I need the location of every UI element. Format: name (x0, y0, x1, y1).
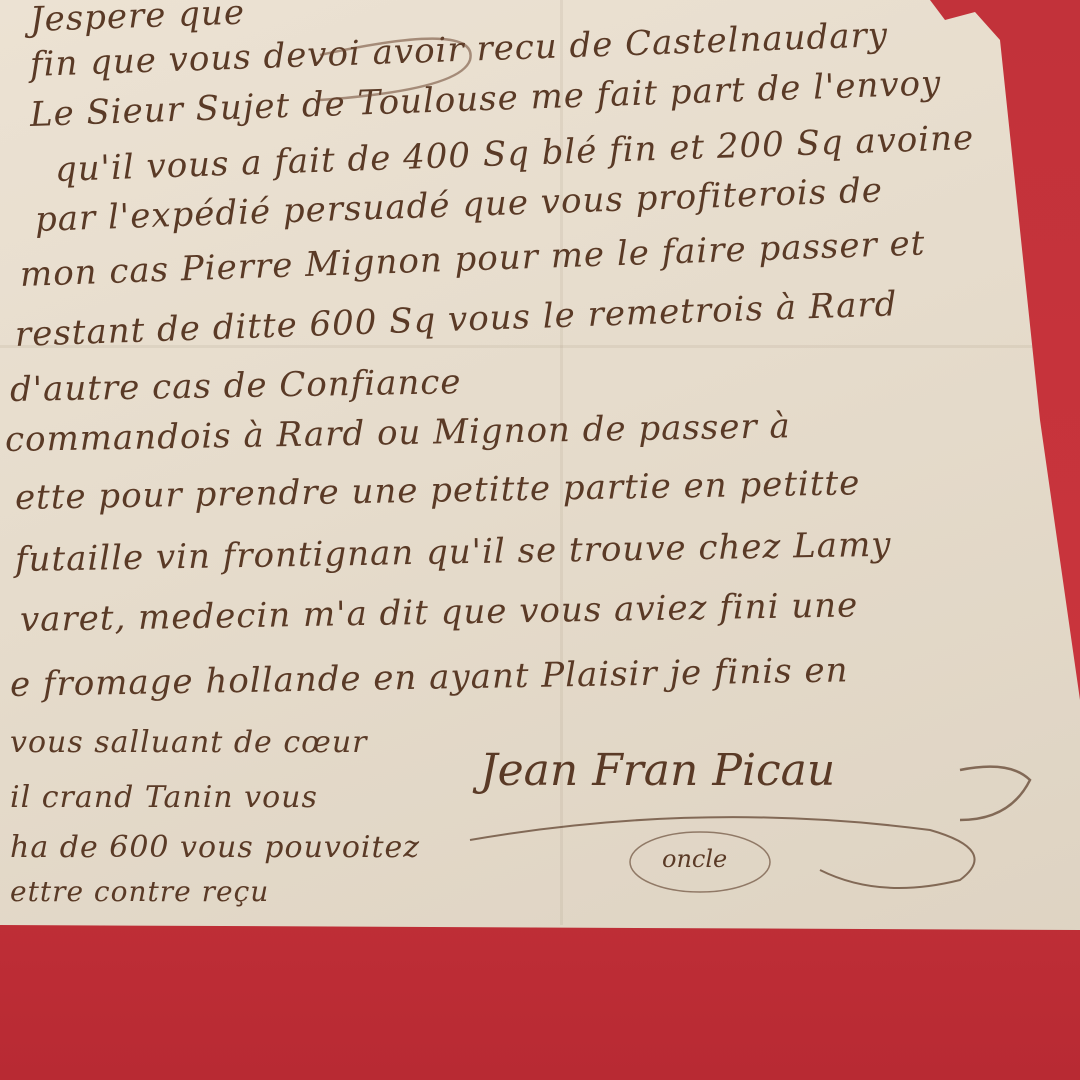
signature-flourish (0, 0, 1080, 1080)
